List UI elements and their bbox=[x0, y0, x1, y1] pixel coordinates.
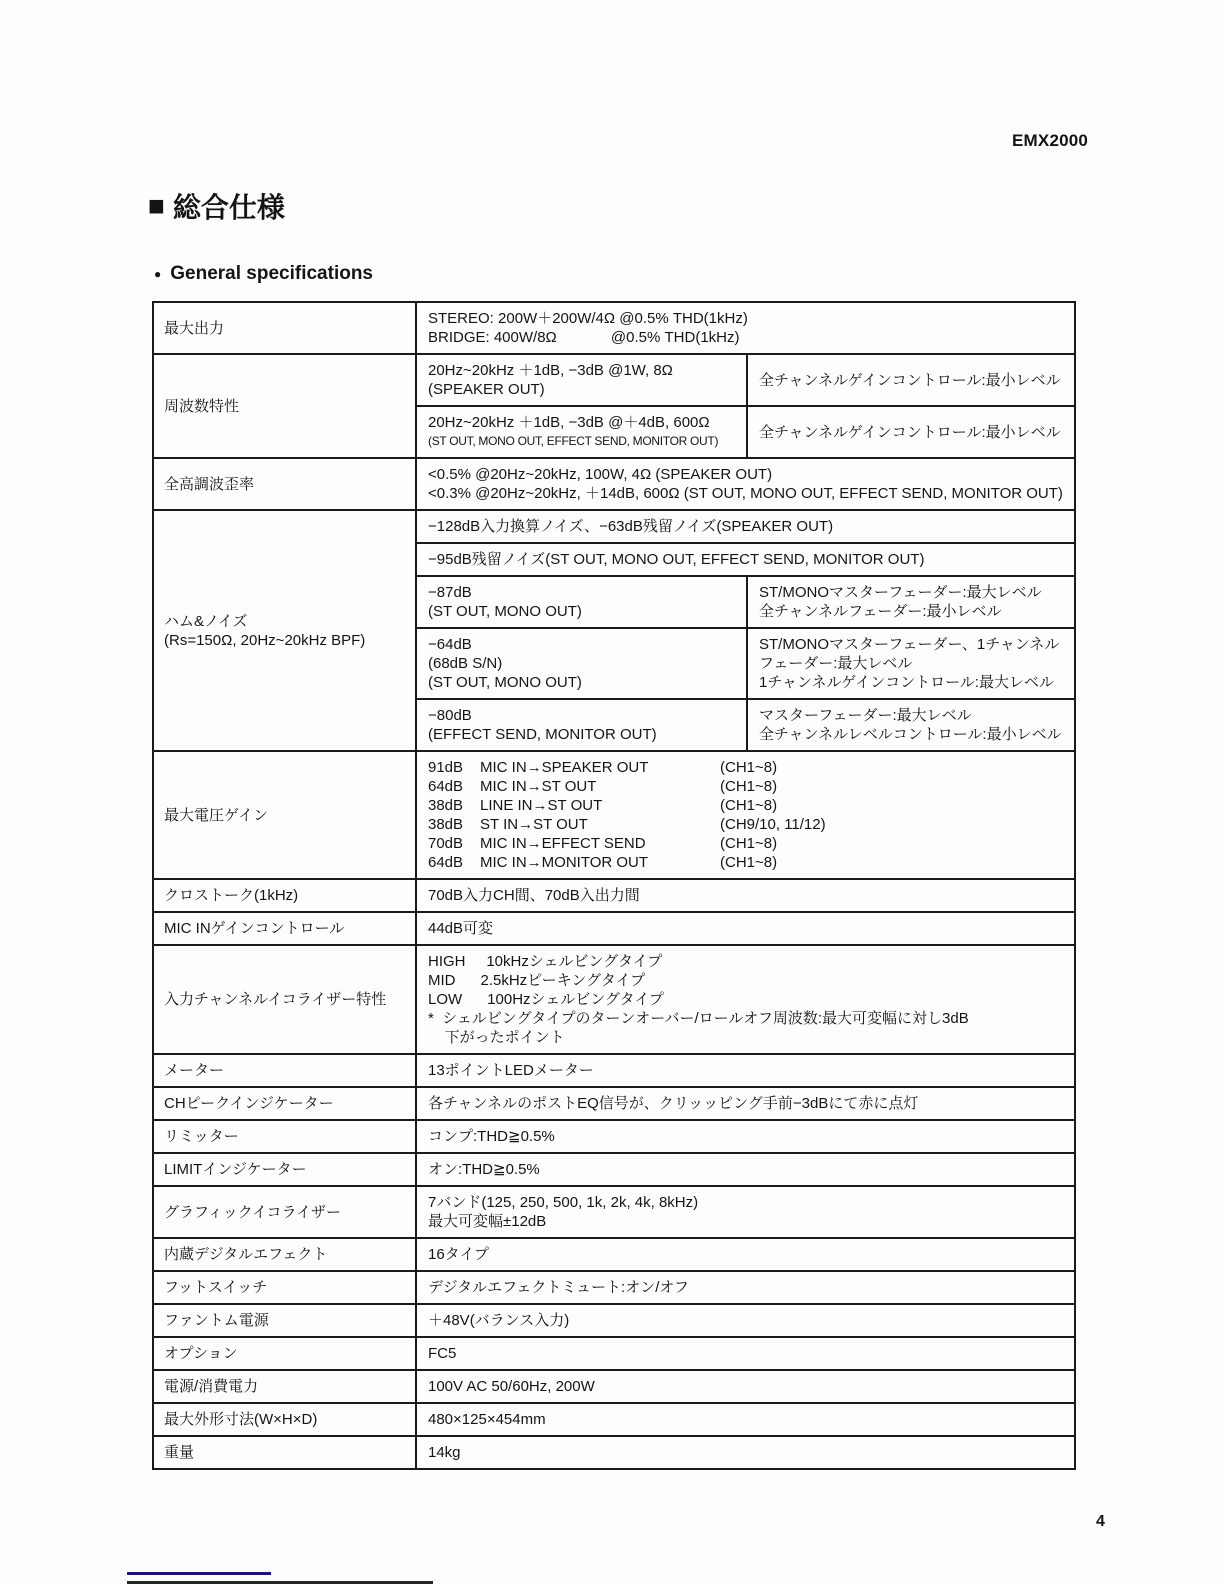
spec-subrow: −95dB残留ノイズ(ST OUT, MONO OUT, EFFECT SEND… bbox=[417, 542, 1074, 575]
spec-value-text: 44dB可変 bbox=[428, 919, 1063, 938]
spec-value-cell: 91dBMIC IN→SPEAKER OUT(CH1~8)64dBMIC IN→… bbox=[417, 752, 1074, 878]
spec-value-cell: 480×125×454mm bbox=[417, 1404, 1074, 1435]
gain-db: 91dB bbox=[428, 758, 480, 777]
spec-subrow: −64dB(68dB S/N)(ST OUT, MONO OUT)ST/MONO… bbox=[417, 627, 1074, 698]
spec-value-cell: −64dB(68dB S/N)(ST OUT, MONO OUT) bbox=[417, 629, 748, 698]
spec-value-text: −80dB bbox=[428, 706, 735, 725]
spec-value-text: 20Hz~20kHz ＋1dB, −3dB @1W, 8Ω bbox=[428, 361, 735, 380]
spec-row: 入力チャンネルイコライザー特性HIGH 10kHzシェルビングタイプMID 2.… bbox=[154, 944, 1074, 1053]
spec-subrow: 13ポイントLEDメーター bbox=[417, 1055, 1074, 1086]
spec-content-cell: 70dB入力CH間、70dB入出力間 bbox=[417, 880, 1074, 911]
spec-content-cell: 14kg bbox=[417, 1437, 1074, 1468]
gain-path: MIC IN→SPEAKER OUT bbox=[480, 758, 720, 777]
spec-value-text: (EFFECT SEND, MONITOR OUT) bbox=[428, 725, 735, 744]
spec-row: CHピークインジケーター各チャンネルのポストEQ信号が、クリッッピング手前−3d… bbox=[154, 1086, 1074, 1119]
spec-row: 内蔵デジタルエフェクト16タイプ bbox=[154, 1237, 1074, 1270]
spec-label-cell: 最大電圧ゲイン bbox=[154, 752, 417, 878]
spec-subrow: −87dB(ST OUT, MONO OUT)ST/MONOマスターフェーダー:… bbox=[417, 575, 1074, 627]
spec-value-text: LOW 100Hzシェルビングタイプ bbox=[428, 990, 1063, 1009]
model-number: EMX2000 bbox=[1012, 131, 1088, 151]
spec-value-cell: 13ポイントLEDメーター bbox=[417, 1055, 1074, 1086]
spec-label-text: クロストーク(1kHz) bbox=[164, 886, 405, 905]
spec-row: ファントム電源＋48V(バランス入力) bbox=[154, 1303, 1074, 1336]
spec-value-text: (68dB S/N) bbox=[428, 654, 735, 673]
spec-subrow: 14kg bbox=[417, 1437, 1074, 1468]
gain-ch: (CH9/10, 11/12) bbox=[720, 815, 1063, 834]
spec-row: クロストーク(1kHz)70dB入力CH間、70dB入出力間 bbox=[154, 878, 1074, 911]
spec-value-cell: コンプ:THD≧0.5% bbox=[417, 1121, 1074, 1152]
spec-subrow: 16タイプ bbox=[417, 1239, 1074, 1270]
spec-condition-text: 全チャンネルゲインコントロール:最小レベル bbox=[759, 423, 1063, 442]
spec-value-text: (ST OUT, MONO OUT, EFFECT SEND, MONITOR … bbox=[428, 432, 735, 451]
spec-label-cell: グラフィックイコライザー bbox=[154, 1187, 417, 1237]
subsection-title-text: General specifications bbox=[170, 263, 373, 285]
spec-value-cell: 100V AC 50/60Hz, 200W bbox=[417, 1371, 1074, 1402]
spec-label-cell: リミッター bbox=[154, 1121, 417, 1152]
spec-subrow: 480×125×454mm bbox=[417, 1404, 1074, 1435]
spec-label-text: MIC INゲインコントロール bbox=[164, 919, 405, 938]
spec-subrow: 20Hz~20kHz ＋1dB, −3dB @1W, 8Ω(SPEAKER OU… bbox=[417, 355, 1074, 405]
spec-row: 重量14kg bbox=[154, 1435, 1074, 1468]
gain-ch: (CH1~8) bbox=[720, 834, 1063, 853]
spec-value-cell: 各チャンネルのポストEQ信号が、クリッッピング手前−3dBにて赤に点灯 bbox=[417, 1088, 1074, 1119]
spec-label-text: 周波数特性 bbox=[164, 397, 405, 416]
spec-row: ハム&ノイズ(Rs=150Ω, 20Hz~20kHz BPF)−128dB入力換… bbox=[154, 509, 1074, 750]
section-title-text: 総合仕様 bbox=[173, 186, 285, 226]
spec-content-cell: HIGH 10kHzシェルビングタイプMID 2.5kHzピーキングタイプLOW… bbox=[417, 946, 1074, 1053]
gain-ch: (CH1~8) bbox=[720, 777, 1063, 796]
spec-value-cell: デジタルエフェクトミュート:オン/オフ bbox=[417, 1272, 1074, 1303]
spec-value-text: −95dB残留ノイズ(ST OUT, MONO OUT, EFFECT SEND… bbox=[428, 550, 1063, 569]
spec-value-text: 13ポイントLEDメーター bbox=[428, 1061, 1063, 1080]
spec-value-text: STEREO: 200W＋200W/4Ω @0.5% THD(1kHz) bbox=[428, 309, 1063, 328]
spec-subrow: オン:THD≧0.5% bbox=[417, 1154, 1074, 1185]
gain-line: 91dBMIC IN→SPEAKER OUT(CH1~8) bbox=[428, 758, 1063, 777]
spec-condition-cell: マスターフェーダー:最大レベル全チャンネルレベルコントロール:最小レベル bbox=[748, 700, 1074, 750]
spec-label-text: 全高調波歪率 bbox=[164, 475, 405, 494]
spec-value-cell: −87dB(ST OUT, MONO OUT) bbox=[417, 577, 748, 627]
spec-label-cell: 最大出力 bbox=[154, 303, 417, 353]
spec-condition-cell: ST/MONOマスターフェーダー、1チャンネルフェーダー:最大レベル1チャンネル… bbox=[748, 629, 1074, 698]
spec-content-cell: FC5 bbox=[417, 1338, 1074, 1369]
manual-page: EMX2000 ■ 総合仕様 ● General specifications … bbox=[0, 0, 1224, 1584]
spec-label-cell: フットスイッチ bbox=[154, 1272, 417, 1303]
spec-label-text: フットスイッチ bbox=[164, 1278, 405, 1297]
spec-row: 全高調波歪率<0.5% @20Hz~20kHz, 100W, 4Ω (SPEAK… bbox=[154, 457, 1074, 509]
spec-value-cell: <0.5% @20Hz~20kHz, 100W, 4Ω (SPEAKER OUT… bbox=[417, 459, 1074, 509]
spec-subrow: ＋48V(バランス入力) bbox=[417, 1305, 1074, 1336]
spec-value-text: <0.5% @20Hz~20kHz, 100W, 4Ω (SPEAKER OUT… bbox=[428, 465, 1063, 484]
spec-value-text: デジタルエフェクトミュート:オン/オフ bbox=[428, 1278, 1063, 1297]
spec-content-cell: コンプ:THD≧0.5% bbox=[417, 1121, 1074, 1152]
spec-value-text: 480×125×454mm bbox=[428, 1410, 1063, 1429]
spec-label-cell: 入力チャンネルイコライザー特性 bbox=[154, 946, 417, 1053]
gain-path: MIC IN→ST OUT bbox=[480, 777, 720, 796]
spec-row: フットスイッチデジタルエフェクトミュート:オン/オフ bbox=[154, 1270, 1074, 1303]
spec-value-cell: ＋48V(バランス入力) bbox=[417, 1305, 1074, 1336]
gain-db: 64dB bbox=[428, 853, 480, 872]
spec-row: 最大出力STEREO: 200W＋200W/4Ω @0.5% THD(1kHz)… bbox=[154, 303, 1074, 353]
spec-row: リミッターコンプ:THD≧0.5% bbox=[154, 1119, 1074, 1152]
spec-label-text: CHピークインジケーター bbox=[164, 1094, 405, 1113]
spec-value-text: 100V AC 50/60Hz, 200W bbox=[428, 1377, 1063, 1396]
spec-value-cell: 7バンド(125, 250, 500, 1k, 2k, 4k, 8kHz)最大可… bbox=[417, 1187, 1074, 1237]
spec-value-text: (SPEAKER OUT) bbox=[428, 380, 735, 399]
spec-row: 周波数特性20Hz~20kHz ＋1dB, −3dB @1W, 8Ω(SPEAK… bbox=[154, 353, 1074, 457]
spec-label-text: 内蔵デジタルエフェクト bbox=[164, 1245, 405, 1264]
spec-value-text: * シェルビングタイプのターンオーバー/ロールオフ周波数:最大可変幅に対し3dB bbox=[428, 1009, 1063, 1028]
spec-value-text: (ST OUT, MONO OUT) bbox=[428, 673, 735, 692]
spec-label-text: 最大外形寸法(W×H×D) bbox=[164, 1410, 405, 1429]
spec-label-cell: 最大外形寸法(W×H×D) bbox=[154, 1404, 417, 1435]
gain-line: 38dBLINE IN→ST OUT(CH1~8) bbox=[428, 796, 1063, 815]
gain-path: MIC IN→MONITOR OUT bbox=[480, 853, 720, 872]
spec-subrow: 100V AC 50/60Hz, 200W bbox=[417, 1371, 1074, 1402]
spec-value-text: FC5 bbox=[428, 1344, 1063, 1363]
spec-subrow: <0.5% @20Hz~20kHz, 100W, 4Ω (SPEAKER OUT… bbox=[417, 459, 1074, 509]
spec-value-text: −128dB入力換算ノイズ、−63dB残留ノイズ(SPEAKER OUT) bbox=[428, 517, 1063, 536]
spec-value-text: BRIDGE: 400W/8Ω @0.5% THD(1kHz) bbox=[428, 328, 1063, 347]
spec-table: 最大出力STEREO: 200W＋200W/4Ω @0.5% THD(1kHz)… bbox=[152, 301, 1076, 1470]
spec-value-text: HIGH 10kHzシェルビングタイプ bbox=[428, 952, 1063, 971]
gain-path: LINE IN→ST OUT bbox=[480, 796, 720, 815]
spec-label-text: 重量 bbox=[164, 1443, 405, 1462]
gain-line: 70dBMIC IN→EFFECT SEND(CH1~8) bbox=[428, 834, 1063, 853]
spec-label-text: 入力チャンネルイコライザー特性 bbox=[164, 990, 405, 1009]
spec-value-cell: HIGH 10kHzシェルビングタイプMID 2.5kHzピーキングタイプLOW… bbox=[417, 946, 1074, 1053]
spec-condition-text: ST/MONOマスターフェーダー、1チャンネル bbox=[759, 635, 1063, 654]
spec-condition-text: 全チャンネルゲインコントロール:最小レベル bbox=[759, 371, 1063, 390]
spec-label-text: ハム&ノイズ bbox=[164, 612, 405, 631]
spec-value-text: オン:THD≧0.5% bbox=[428, 1160, 1063, 1179]
spec-row: 最大外形寸法(W×H×D)480×125×454mm bbox=[154, 1402, 1074, 1435]
gain-ch: (CH1~8) bbox=[720, 758, 1063, 777]
spec-condition-text: マスターフェーダー:最大レベル bbox=[759, 706, 1063, 725]
spec-label-cell: 全高調波歪率 bbox=[154, 459, 417, 509]
spec-label-text: グラフィックイコライザー bbox=[164, 1203, 405, 1222]
spec-label-cell: 内蔵デジタルエフェクト bbox=[154, 1239, 417, 1270]
spec-content-cell: <0.5% @20Hz~20kHz, 100W, 4Ω (SPEAKER OUT… bbox=[417, 459, 1074, 509]
spec-condition-text: ST/MONOマスターフェーダー:最大レベル bbox=[759, 583, 1063, 602]
spec-label-cell: MIC INゲインコントロール bbox=[154, 913, 417, 944]
spec-label-cell: ハム&ノイズ(Rs=150Ω, 20Hz~20kHz BPF) bbox=[154, 511, 417, 750]
spec-subrow: 70dB入力CH間、70dB入出力間 bbox=[417, 880, 1074, 911]
spec-subrow: FC5 bbox=[417, 1338, 1074, 1369]
spec-row: 最大電圧ゲイン91dBMIC IN→SPEAKER OUT(CH1~8)64dB… bbox=[154, 750, 1074, 878]
spec-label-text: リミッター bbox=[164, 1127, 405, 1146]
spec-value-text: 各チャンネルのポストEQ信号が、クリッッピング手前−3dBにて赤に点灯 bbox=[428, 1094, 1063, 1113]
spec-value-text: 70dB入力CH間、70dB入出力間 bbox=[428, 886, 1063, 905]
spec-content-cell: 7バンド(125, 250, 500, 1k, 2k, 4k, 8kHz)最大可… bbox=[417, 1187, 1074, 1237]
spec-value-cell: 70dB入力CH間、70dB入出力間 bbox=[417, 880, 1074, 911]
section-title: ■ 総合仕様 bbox=[148, 186, 285, 226]
spec-row: LIMITインジケーターオン:THD≧0.5% bbox=[154, 1152, 1074, 1185]
spec-content-cell: 16タイプ bbox=[417, 1239, 1074, 1270]
gain-ch: (CH1~8) bbox=[720, 853, 1063, 872]
spec-row: グラフィックイコライザー7バンド(125, 250, 500, 1k, 2k, … bbox=[154, 1185, 1074, 1237]
spec-value-cell: FC5 bbox=[417, 1338, 1074, 1369]
square-marker-icon: ■ bbox=[148, 192, 165, 220]
spec-subrow: −128dB入力換算ノイズ、−63dB残留ノイズ(SPEAKER OUT) bbox=[417, 511, 1074, 542]
spec-subrow: STEREO: 200W＋200W/4Ω @0.5% THD(1kHz)BRID… bbox=[417, 303, 1074, 353]
gain-db: 38dB bbox=[428, 796, 480, 815]
spec-value-cell: −80dB(EFFECT SEND, MONITOR OUT) bbox=[417, 700, 748, 750]
spec-subrow: コンプ:THD≧0.5% bbox=[417, 1121, 1074, 1152]
spec-value-cell: オン:THD≧0.5% bbox=[417, 1154, 1074, 1185]
spec-value-text: 最大可変幅±12dB bbox=[428, 1212, 1063, 1231]
spec-value-cell: −128dB入力換算ノイズ、−63dB残留ノイズ(SPEAKER OUT) bbox=[417, 511, 1074, 542]
gain-ch: (CH1~8) bbox=[720, 796, 1063, 815]
spec-condition-cell: 全チャンネルゲインコントロール:最小レベル bbox=[748, 355, 1074, 405]
spec-content-cell: ＋48V(バランス入力) bbox=[417, 1305, 1074, 1336]
spec-value-cell: 16タイプ bbox=[417, 1239, 1074, 1270]
spec-content-cell: 91dBMIC IN→SPEAKER OUT(CH1~8)64dBMIC IN→… bbox=[417, 752, 1074, 878]
spec-value-text: 14kg bbox=[428, 1443, 1063, 1462]
spec-content-cell: 20Hz~20kHz ＋1dB, −3dB @1W, 8Ω(SPEAKER OU… bbox=[417, 355, 1074, 457]
spec-condition-text: 1チャンネルゲインコントロール:最大レベル bbox=[759, 673, 1063, 692]
gain-path: MIC IN→EFFECT SEND bbox=[480, 834, 720, 853]
page-number: 4 bbox=[1096, 1513, 1105, 1531]
spec-subrow: 7バンド(125, 250, 500, 1k, 2k, 4k, 8kHz)最大可… bbox=[417, 1187, 1074, 1237]
spec-value-cell: STEREO: 200W＋200W/4Ω @0.5% THD(1kHz)BRID… bbox=[417, 303, 1074, 353]
spec-subrow: デジタルエフェクトミュート:オン/オフ bbox=[417, 1272, 1074, 1303]
spec-content-cell: 各チャンネルのポストEQ信号が、クリッッピング手前−3dBにて赤に点灯 bbox=[417, 1088, 1074, 1119]
spec-value-text: −64dB bbox=[428, 635, 735, 654]
spec-condition-cell: 全チャンネルゲインコントロール:最小レベル bbox=[748, 407, 1074, 457]
spec-row: 電源/消費電力100V AC 50/60Hz, 200W bbox=[154, 1369, 1074, 1402]
spec-subrow: 各チャンネルのポストEQ信号が、クリッッピング手前−3dBにて赤に点灯 bbox=[417, 1088, 1074, 1119]
spec-value-text: (ST OUT, MONO OUT) bbox=[428, 602, 735, 621]
spec-content-cell: −128dB入力換算ノイズ、−63dB残留ノイズ(SPEAKER OUT)−95… bbox=[417, 511, 1074, 750]
spec-row: オプションFC5 bbox=[154, 1336, 1074, 1369]
spec-value-cell: 20Hz~20kHz ＋1dB, −3dB @1W, 8Ω(SPEAKER OU… bbox=[417, 355, 748, 405]
bullet-icon: ● bbox=[154, 268, 161, 280]
spec-label-text: LIMITインジケーター bbox=[164, 1160, 405, 1179]
spec-label-cell: 重量 bbox=[154, 1437, 417, 1468]
spec-value-text: 7バンド(125, 250, 500, 1k, 2k, 4k, 8kHz) bbox=[428, 1193, 1063, 1212]
spec-subrow: 91dBMIC IN→SPEAKER OUT(CH1~8)64dBMIC IN→… bbox=[417, 752, 1074, 878]
subsection-title: ● General specifications bbox=[154, 263, 373, 285]
spec-value-cell: −95dB残留ノイズ(ST OUT, MONO OUT, EFFECT SEND… bbox=[417, 544, 1074, 575]
spec-value-text: 20Hz~20kHz ＋1dB, −3dB @＋4dB, 600Ω bbox=[428, 413, 735, 432]
spec-value-text: 16タイプ bbox=[428, 1245, 1063, 1264]
spec-label-text: 最大出力 bbox=[164, 319, 405, 338]
spec-label-text: オプション bbox=[164, 1344, 405, 1363]
gain-line: 64dBMIC IN→MONITOR OUT(CH1~8) bbox=[428, 853, 1063, 872]
spec-content-cell: デジタルエフェクトミュート:オン/オフ bbox=[417, 1272, 1074, 1303]
spec-label-cell: LIMITインジケーター bbox=[154, 1154, 417, 1185]
spec-label-cell: 電源/消費電力 bbox=[154, 1371, 417, 1402]
spec-row: メーター13ポイントLEDメーター bbox=[154, 1053, 1074, 1086]
spec-value-text: ＋48V(バランス入力) bbox=[428, 1311, 1063, 1330]
gain-db: 38dB bbox=[428, 815, 480, 834]
spec-condition-text: フェーダー:最大レベル bbox=[759, 654, 1063, 673]
spec-content-cell: オン:THD≧0.5% bbox=[417, 1154, 1074, 1185]
spec-subrow: HIGH 10kHzシェルビングタイプMID 2.5kHzピーキングタイプLOW… bbox=[417, 946, 1074, 1053]
spec-value-text: MID 2.5kHzピーキングタイプ bbox=[428, 971, 1063, 990]
spec-label-cell: オプション bbox=[154, 1338, 417, 1369]
spec-value-text: コンプ:THD≧0.5% bbox=[428, 1127, 1063, 1146]
spec-value-cell: 44dB可変 bbox=[417, 913, 1074, 944]
spec-content-cell: 13ポイントLEDメーター bbox=[417, 1055, 1074, 1086]
spec-value-cell: 14kg bbox=[417, 1437, 1074, 1468]
spec-condition-text: 全チャンネルレベルコントロール:最小レベル bbox=[759, 725, 1063, 744]
spec-condition-text: 全チャンネルフェーダー:最小レベル bbox=[759, 602, 1063, 621]
spec-content-cell: STEREO: 200W＋200W/4Ω @0.5% THD(1kHz)BRID… bbox=[417, 303, 1074, 353]
spec-label-cell: メーター bbox=[154, 1055, 417, 1086]
gain-path: ST IN→ST OUT bbox=[480, 815, 720, 834]
gain-line: 38dBST IN→ST OUT(CH9/10, 11/12) bbox=[428, 815, 1063, 834]
spec-value-text: <0.3% @20Hz~20kHz, ＋14dB, 600Ω (ST OUT, … bbox=[428, 484, 1063, 503]
spec-content-cell: 100V AC 50/60Hz, 200W bbox=[417, 1371, 1074, 1402]
spec-value-text: −87dB bbox=[428, 583, 735, 602]
spec-label-cell: クロストーク(1kHz) bbox=[154, 880, 417, 911]
spec-label-cell: ファントム電源 bbox=[154, 1305, 417, 1336]
spec-label-text: ファントム電源 bbox=[164, 1311, 405, 1330]
spec-subrow: 20Hz~20kHz ＋1dB, −3dB @＋4dB, 600Ω(ST OUT… bbox=[417, 405, 1074, 457]
spec-label-text: 電源/消費電力 bbox=[164, 1377, 405, 1396]
gain-db: 64dB bbox=[428, 777, 480, 796]
spec-content-cell: 44dB可変 bbox=[417, 913, 1074, 944]
spec-subrow: −80dB(EFFECT SEND, MONITOR OUT)マスターフェーダー… bbox=[417, 698, 1074, 750]
spec-value-cell: 20Hz~20kHz ＋1dB, −3dB @＋4dB, 600Ω(ST OUT… bbox=[417, 407, 748, 457]
spec-label-text: (Rs=150Ω, 20Hz~20kHz BPF) bbox=[164, 631, 405, 650]
spec-label-cell: CHピークインジケーター bbox=[154, 1088, 417, 1119]
spec-subrow: 44dB可変 bbox=[417, 913, 1074, 944]
gain-line: 64dBMIC IN→ST OUT(CH1~8) bbox=[428, 777, 1063, 796]
spec-label-text: 最大電圧ゲイン bbox=[164, 806, 405, 825]
gain-db: 70dB bbox=[428, 834, 480, 853]
spec-label-text: メーター bbox=[164, 1061, 405, 1080]
spec-row: MIC INゲインコントロール44dB可変 bbox=[154, 911, 1074, 944]
spec-label-cell: 周波数特性 bbox=[154, 355, 417, 457]
spec-value-text: 下がったポイント bbox=[428, 1028, 1063, 1047]
footer-line-blue bbox=[127, 1572, 271, 1575]
spec-condition-cell: ST/MONOマスターフェーダー:最大レベル全チャンネルフェーダー:最小レベル bbox=[748, 577, 1074, 627]
spec-content-cell: 480×125×454mm bbox=[417, 1404, 1074, 1435]
